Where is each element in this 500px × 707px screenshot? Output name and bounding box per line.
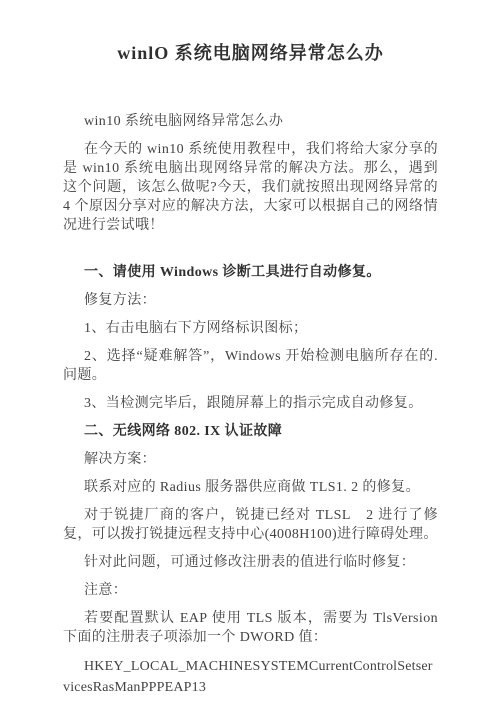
paragraph: 若要配置默认 EAP 使用 TLS 版本，需要为 TlsVersion 下面的注… [63,609,438,647]
paragraph: 针对此问题，可通过修改注册表的值进行临时修复： [63,553,438,572]
document-body: win10 系统电脑网络异常怎么办在今天的 win10 系统使用教程中，我们将给… [63,112,438,698]
paragraph: 解决方案： [63,450,438,469]
section-heading: 二、无线网络 802. IX 认证故障 [63,422,438,441]
document-subtitle: win10 系统电脑网络异常怎么办 [63,112,438,131]
paragraph: 联系对应的 Radius 服务器供应商做 TLS1. 2 的修复。 [63,478,438,497]
section-heading: 一、请使用 Windows 诊断工具进行自动修复。 [63,263,438,282]
paragraph: 3、当检测完毕后，跟随屏幕上的指示完成自动修复。 [63,394,438,413]
registry-path: HKEY_LOCAL_MACHINESYSTEMCurrentControlSe… [63,656,438,698]
document-page: winlO 系统电脑网络异常怎么办 win10 系统电脑网络异常怎么办在今天的 … [0,0,500,707]
paragraph: 1、右击电脑右下方网络标识图标； [63,319,438,338]
paragraph: 注意： [63,581,438,600]
paragraph: 在今天的 win10 系统使用教程中，我们将给大家分享的是 win10 系统电脑… [63,140,438,235]
paragraph: 修复方法： [63,291,438,310]
paragraph: 对于锐捷厂商的客户，锐捷已经对 TLSL 2 进行了修复，可以拨打锐捷远程支持中… [63,506,438,544]
paragraph: 2、选择“疑难解答”，Windows 开始检测电脑所存在的. 问题。 [63,347,438,385]
document-title: winlO 系统电脑网络异常怎么办 [63,40,438,66]
